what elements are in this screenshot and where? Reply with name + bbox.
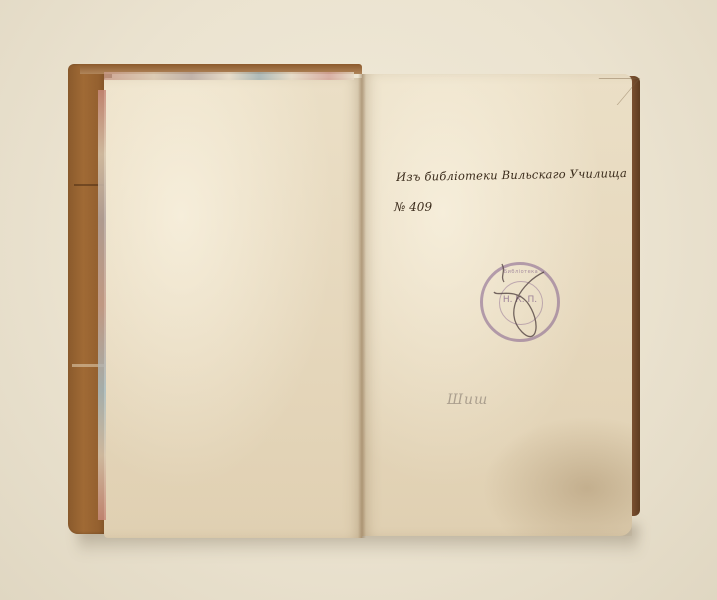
left-page-endpaper [104, 78, 362, 538]
pencil-note: Шиш [447, 392, 488, 408]
ink-signature-flourish-icon [492, 262, 562, 352]
marbled-paper-edge [98, 90, 106, 520]
foxing-stain [482, 416, 632, 536]
book-gutter [358, 74, 366, 538]
marbled-paper-strip [104, 72, 354, 80]
photo-scene: Изъ библіотеки Вильскаго Училища № 409 Б… [0, 0, 717, 600]
handwritten-number: № 409 [394, 200, 432, 214]
